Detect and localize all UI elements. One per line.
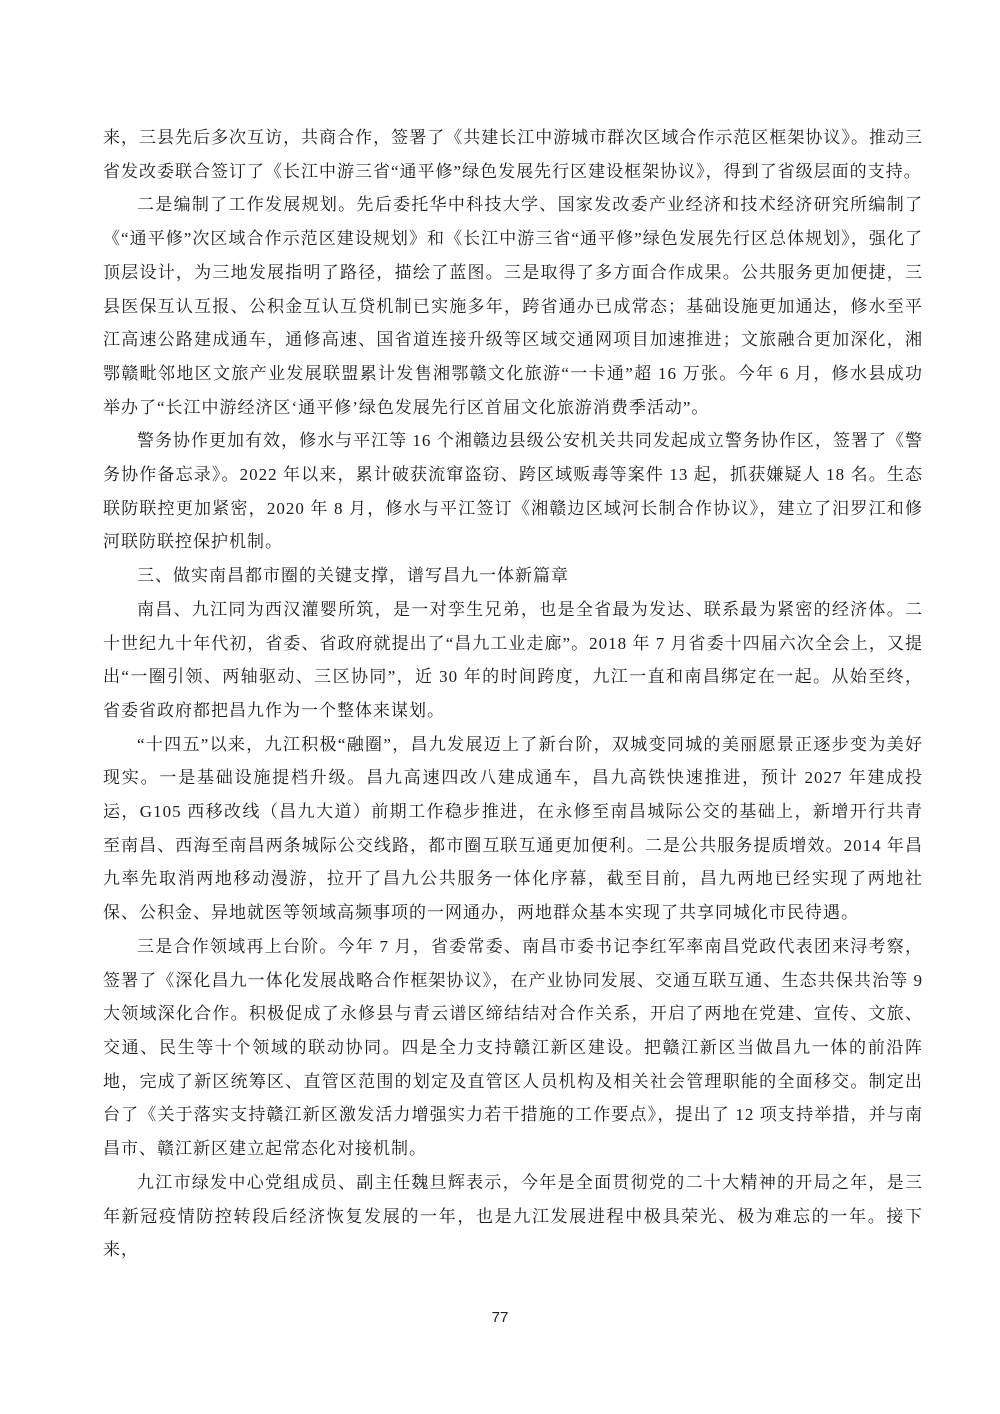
paragraph: 警务协作更加有效，修水与平江等 16 个湘赣边县级公安机关共同发起成立警务协作区… [103,424,923,559]
paragraph-continuation: 来，三县先后多次互访，共商合作，签署了《共建长江中游城市群次区域合作示范区框架协… [103,121,923,188]
paragraph: 南昌、九江同为西汉灌婴所筑，是一对孪生兄弟，也是全省最为发达、联系最为紧密的经济… [103,593,923,728]
paragraph: “十四五”以来，九江积极“融圈”，昌九发展迈上了新台阶，双城变同城的美丽愿景正逐… [103,728,923,930]
section-heading: 三、做实南昌都市圈的关键支撑，谱写昌九一体新篇章 [103,559,923,593]
document-body: 来，三县先后多次互访，共商合作，签署了《共建长江中游城市群次区域合作示范区框架协… [103,121,923,1267]
paragraph: 三是合作领域再上台阶。今年 7 月，省委常委、南昌市委书记李红军率南昌党政代表团… [103,930,923,1166]
paragraph: 二是编制了工作发展规划。先后委托华中科技大学、国家发改委产业经济和技术经济研究所… [103,188,923,424]
page-number: 77 [492,1309,509,1326]
page-footer: 77 [0,1309,1000,1326]
paragraph: 九江市绿发中心党组成员、副主任魏旦辉表示，今年是全面贯彻党的二十大精神的开局之年… [103,1166,923,1267]
document-page: 来，三县先后多次互访，共商合作，签署了《共建长江中游城市群次区域合作示范区框架协… [0,0,1000,1414]
